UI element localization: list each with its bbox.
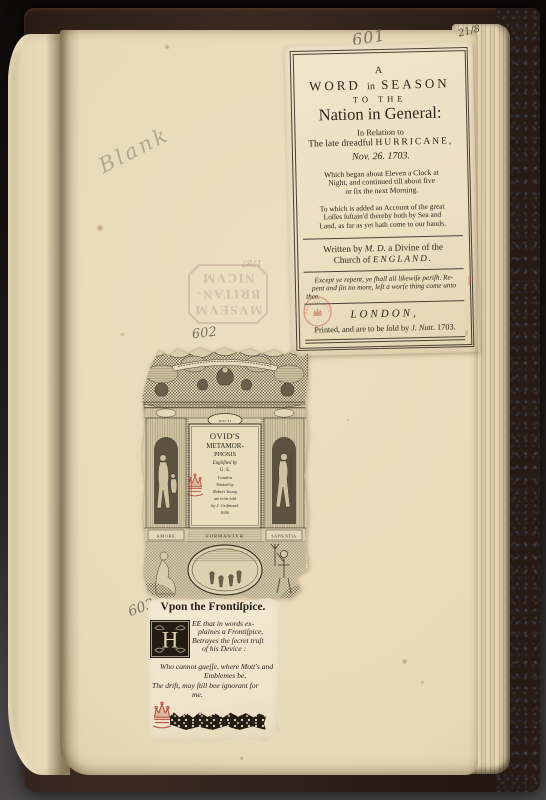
verse-1: EE that in words ex- plaines a Frontiſpi… [192, 620, 278, 653]
ovid-imprint-line: are to be ſold [214, 496, 237, 501]
title-in: in [367, 81, 375, 92]
british-museum-round-stamp: BRITISH MUSEUM [302, 295, 333, 328]
author-pre: Written by [323, 243, 362, 254]
ovid-imprint-line: by J. Griſmond. [211, 503, 239, 508]
svg-text:MVSEVM: MVSEVM [194, 303, 262, 318]
subject-hurricane: HURRICANE, [375, 136, 453, 148]
title-nation: Nation in General: [296, 102, 464, 126]
imprint-bookseller: J. Nutt. [411, 323, 435, 333]
photographed-book-page: 21/8 601 Blank 602 603 MVSEVM BRITAN- NI… [0, 0, 546, 800]
title-word: WORD [309, 77, 361, 93]
note-heading: Vpon the Frontiſpice. [146, 601, 280, 613]
ovid-imprint-line: London [217, 475, 233, 480]
foxing-spot [420, 680, 425, 685]
verse-line: Who cannot gueſſe, where Mott's and [152, 662, 276, 671]
imprint-year: 1703. [437, 322, 456, 331]
showthrough-museum-stamp: MVSEVM BRITAN- NICVM 1787 [188, 252, 268, 324]
verse-line: The drift, may ſtill bee ignorant for [152, 681, 276, 690]
woodcut-initial-h: H [150, 620, 190, 658]
ovid-imprint-line: Robert Young [212, 489, 238, 494]
paragraph-1: Which began about Eleven a Clock at Nigh… [297, 168, 466, 197]
british-museum-crown-stamp [149, 698, 175, 730]
ovid-title-line: METAMOR- [206, 442, 244, 450]
base-motto: FORMANTVR [206, 534, 244, 539]
svg-text:BRITAN-: BRITAN- [196, 287, 260, 302]
verse-line: Emblemes be, [152, 671, 276, 680]
ovid-title-line: Engliſhed by [212, 461, 238, 466]
cartouche-text: DOCTI [219, 419, 232, 423]
svg-text:NICVM: NICVM [202, 271, 255, 286]
dropcap-letter: H [162, 628, 179, 653]
foxing-spot [164, 44, 170, 50]
foxing-spot [346, 418, 350, 422]
foxing-spot [401, 658, 408, 665]
foxing-spot [96, 224, 104, 232]
ovid-imprint-year: 1656. [220, 510, 229, 515]
foxing-spot [120, 332, 125, 337]
ovid-title-line: OVID'S [210, 431, 240, 441]
pencil-inscription: Blank [95, 122, 174, 178]
title-season: SEASON [381, 75, 450, 92]
subject-pre: The late dreadful [308, 138, 373, 149]
pedestal-label-amore: AMORE [156, 534, 175, 539]
ovid-title-line: PHOSIS [214, 451, 236, 458]
woodcut-ornament-band [170, 712, 266, 730]
verse-line: of his Device : [192, 645, 278, 653]
showthrough-year: 1787 [242, 257, 262, 268]
pasted-title-page: A WORD in SEASON TO THE Nation in Genera… [285, 42, 480, 356]
folio-number-602: 602 [191, 325, 217, 343]
album-page: 21/8 601 Blank 602 603 MVSEVM BRITAN- NI… [60, 30, 478, 775]
pasted-frontispiece-note: Vpon the Frontiſpice. H EE that in words… [146, 598, 280, 742]
author2-england: ENGLAND. [373, 253, 433, 264]
foxing-spot [239, 756, 244, 761]
pasted-engraving-fragment: DOCTI [142, 346, 308, 598]
author2-pre: Church of [334, 254, 371, 265]
author-initials: M. D. [365, 243, 386, 253]
author-post: a Divine of the [388, 242, 443, 253]
ovid-title-line: G. S. [220, 468, 230, 473]
pedestal-label-sapientia: SAPIENTIA [271, 534, 296, 539]
ovid-imprint-line: Printed by [216, 482, 234, 487]
verse-2: Who cannot gueſſe, where Mott's and Embl… [152, 662, 276, 700]
british-museum-crown-stamp [184, 470, 206, 498]
paragraph-2: To which is added an Account of the grea… [298, 202, 467, 231]
